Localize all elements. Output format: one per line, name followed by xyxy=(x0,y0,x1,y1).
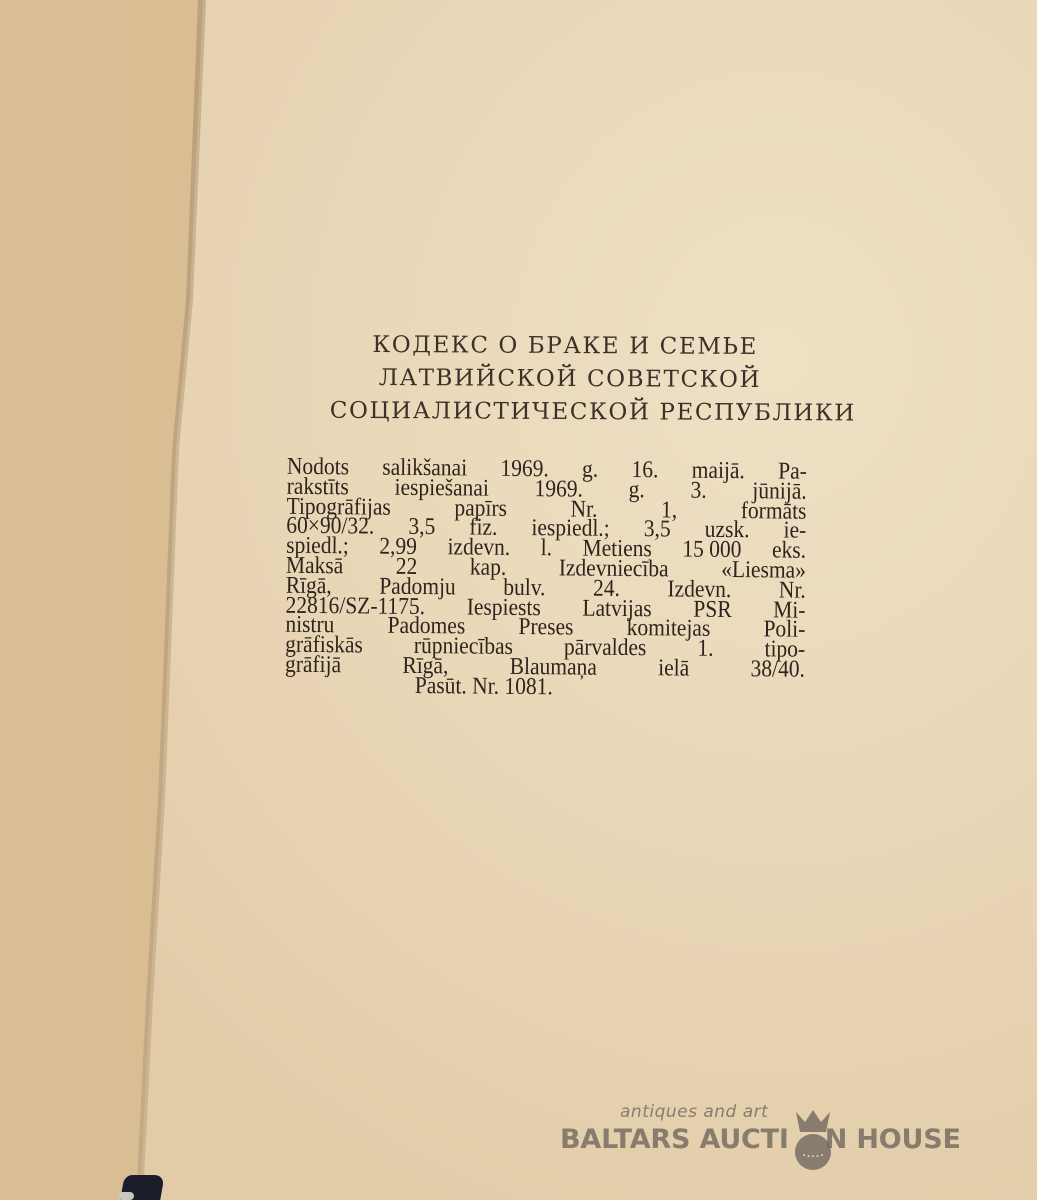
title-line-2: ЛАТВИЙСКОЙ СОВЕТСКОЙ xyxy=(300,362,840,398)
photo-scene: КОДЕКС О БРАКЕ И СЕМЬЕ ЛАТВИЙСКОЙ СОВЕТС… xyxy=(0,0,1037,1200)
crown-ball-icon xyxy=(793,1110,833,1172)
watermark-name-part1: BALTARS AUCTI xyxy=(560,1124,789,1155)
watermark-name-part2: N HOUSE xyxy=(825,1124,961,1155)
watermark-name: BALTARS AUCTIN HOUSE xyxy=(560,1124,961,1155)
book-title: КОДЕКС О БРАКЕ И СЕМЬЕ ЛАТВИЙСКОЙ СОВЕТС… xyxy=(300,329,841,431)
imprint-block: Nodotssalikšanai1969.g.16.maijā.Pa-rakst… xyxy=(285,457,807,700)
imprint-word: Pasūt. Nr. 1081. xyxy=(415,675,553,698)
watermark: antiques and art BALTARS AUCTIN HOUSE xyxy=(560,1100,970,1170)
imprint-word: 3. xyxy=(690,479,706,501)
imprint-word: g. xyxy=(582,459,598,481)
imprint-word: g. xyxy=(629,479,645,501)
watermark-tagline: antiques and art xyxy=(620,1102,768,1122)
title-line-1: КОДЕКС О БРАКЕ И СЕМЬЕ xyxy=(290,329,840,365)
title-line-3: СОЦИАЛИСТИЧЕСКОЙ РЕСПУБЛИКИ xyxy=(330,395,840,431)
imprint-line: Pasūt. Nr. 1081. xyxy=(285,674,805,701)
cover-highlight xyxy=(118,1192,134,1200)
